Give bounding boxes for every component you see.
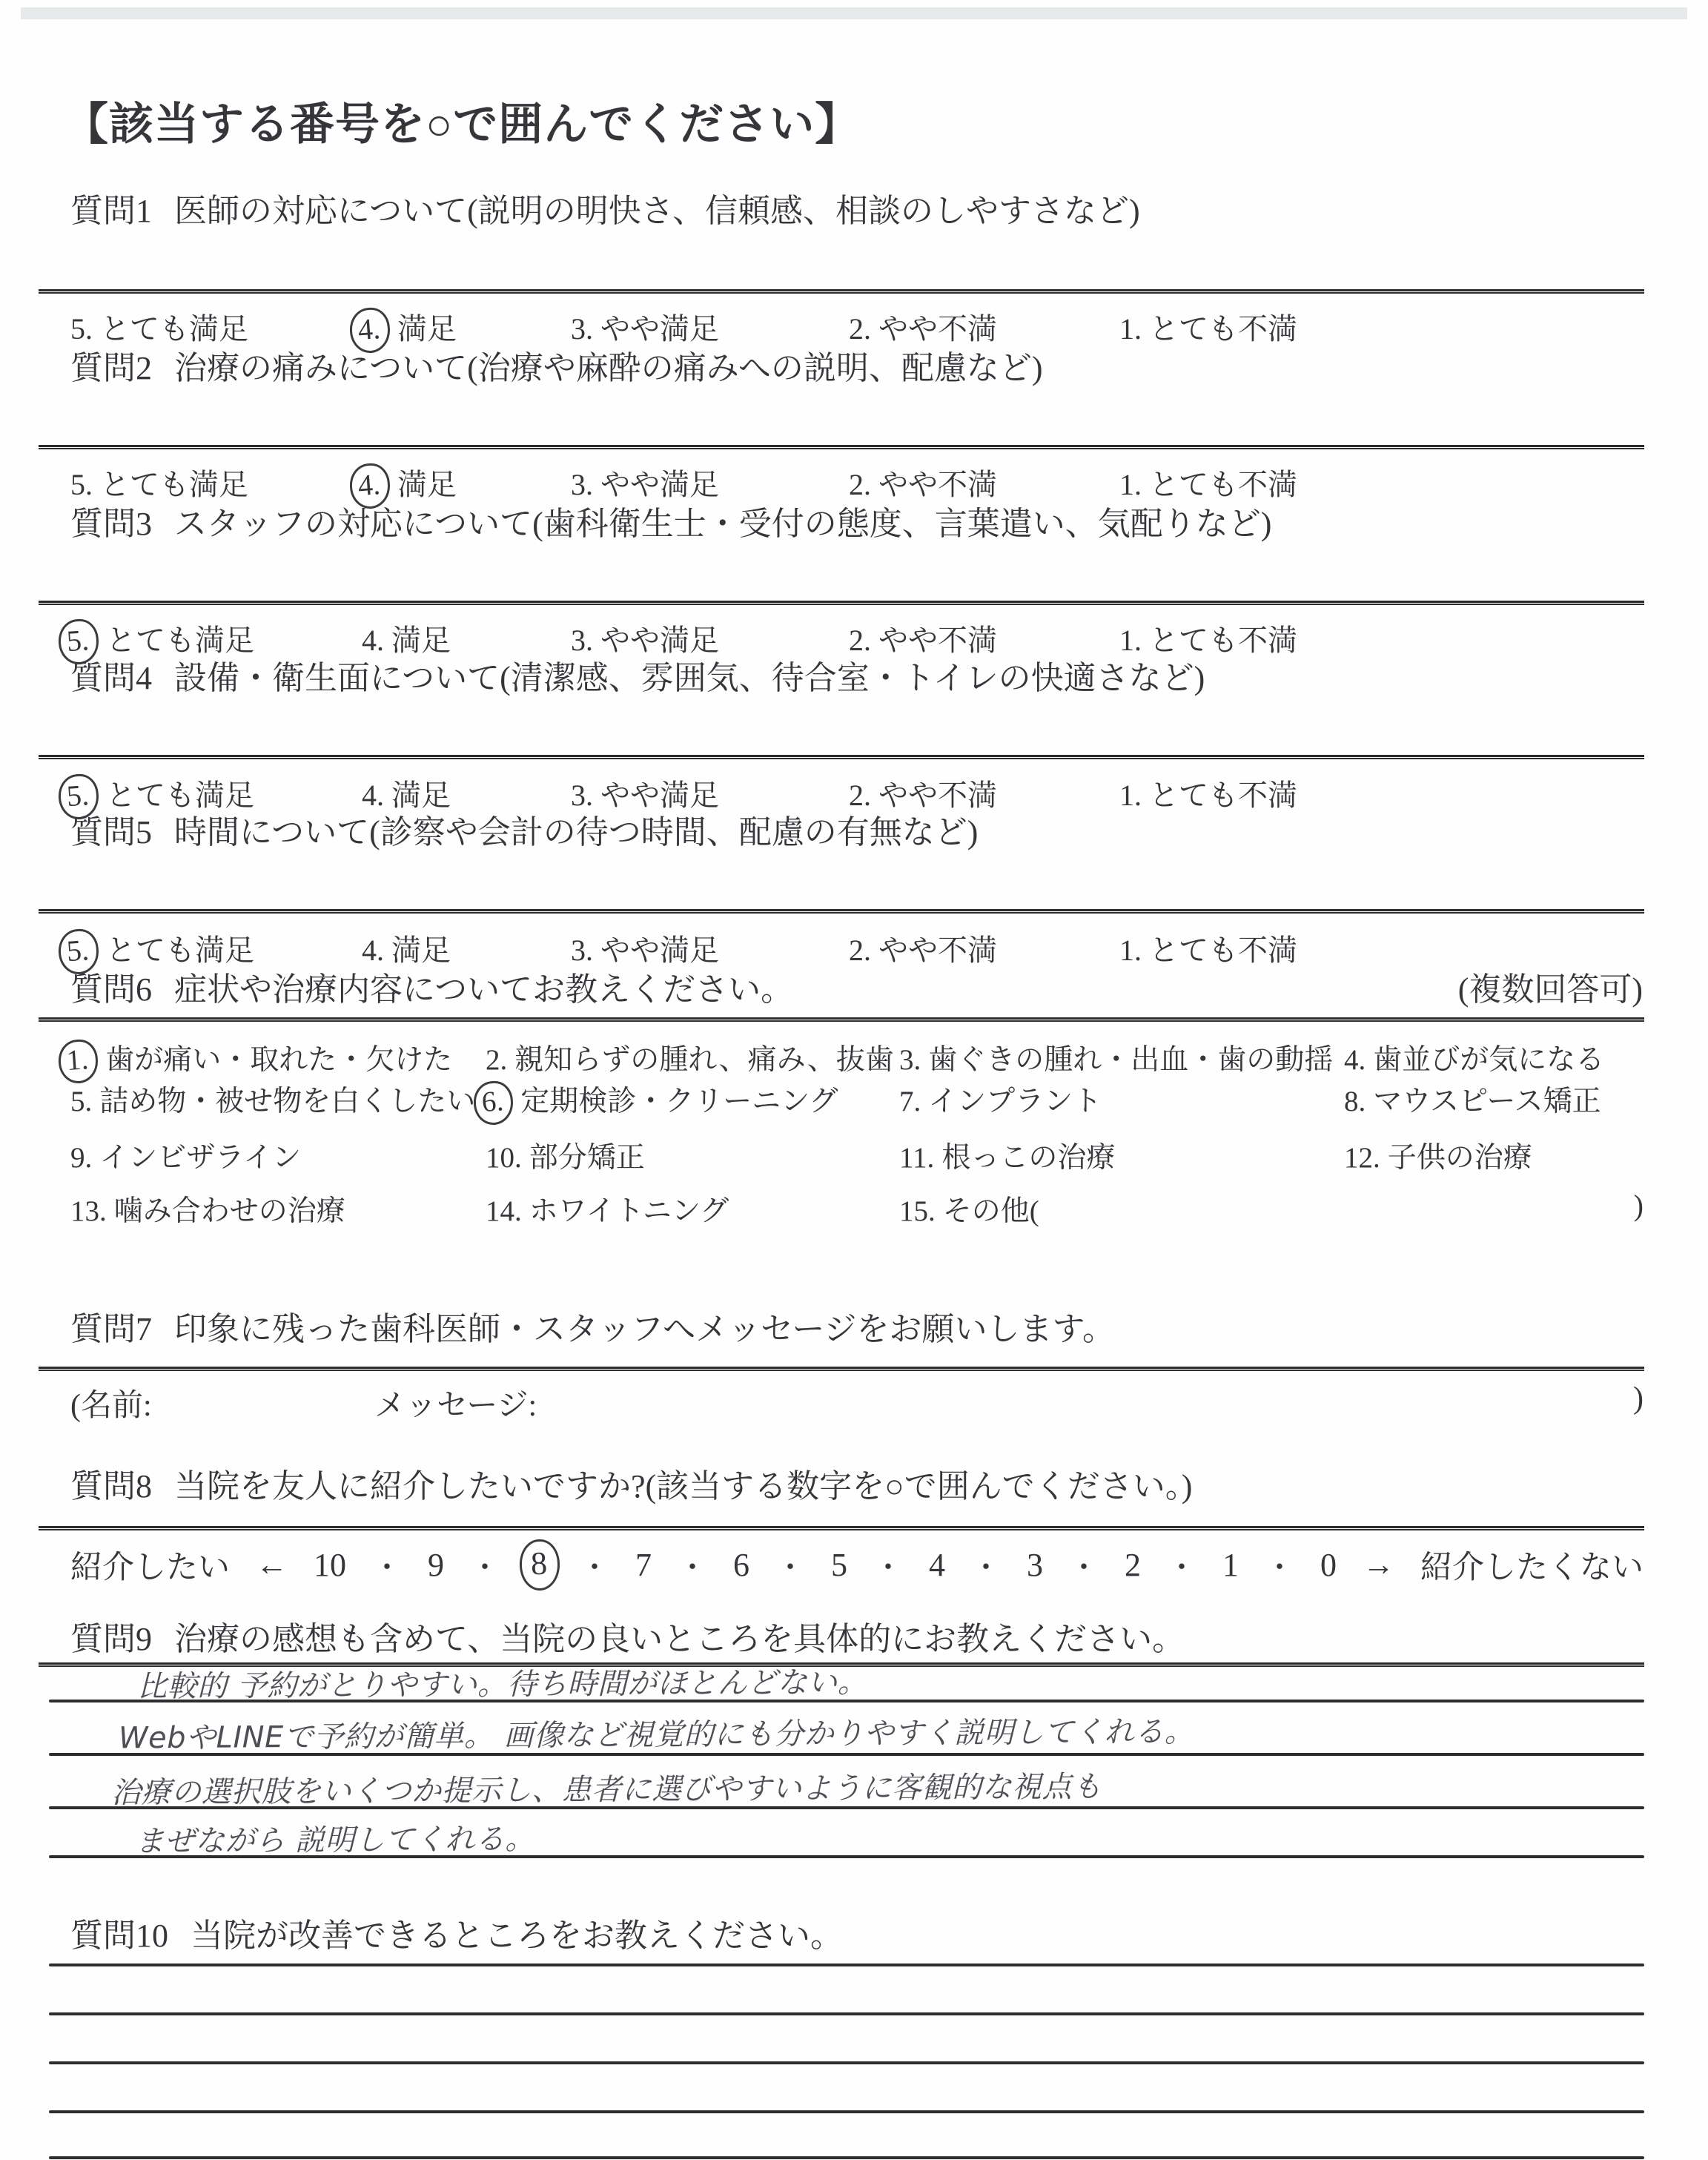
option-number: 14.	[486, 1195, 522, 1227]
answer-line	[49, 2012, 1644, 2015]
question-number: 質問9	[70, 1621, 152, 1657]
name-field-label: (名前:	[70, 1381, 152, 1425]
scale-dot: ・	[971, 1544, 1001, 1586]
question-number: 質問10	[70, 1918, 168, 1954]
symptom-option: 10.部分矯正	[486, 1135, 645, 1176]
option-number: 6.	[472, 1080, 514, 1126]
option-label: その他(	[943, 1195, 1039, 1227]
answer-line	[49, 1753, 1644, 1756]
symptom-option: 8.マウスピース矯正	[1344, 1078, 1601, 1120]
scale-number: 7	[635, 1546, 652, 1584]
scan-artifact-bar	[21, 7, 1687, 19]
option-label: 子供の治療	[1388, 1142, 1532, 1174]
symptom-option: 4.歯並びが気になる	[1344, 1037, 1604, 1078]
option-label: 定期検診・クリーニング	[520, 1086, 838, 1117]
scale-dot: ・	[1167, 1544, 1196, 1586]
rating-option: 1.とても不満	[1119, 305, 1297, 348]
question-title: 印象に残った歯科医師・スタッフへメッセージをお願いします。	[174, 1311, 1115, 1347]
symptom-option: 2.親知らずの腫れ、痛み、抜歯	[486, 1037, 894, 1078]
answer-line	[49, 1964, 1644, 1966]
symptom-option: 13.噛み合わせの治療	[70, 1188, 345, 1229]
message-field-label: メッセージ:	[374, 1381, 537, 1425]
symptom-option: 9.インビザライン	[70, 1135, 301, 1176]
question-number: 質問7	[70, 1311, 152, 1347]
option-label: ホワイトニング	[529, 1195, 729, 1227]
question-title: 設備・衛生面について(清潔感、雰囲気、待合室・トイレの快適さなど)	[174, 660, 1205, 696]
symptom-option: 14.ホワイトニング	[486, 1188, 729, 1229]
option-label: 歯並びが気になる	[1373, 1044, 1604, 1076]
option-label: 根っこの治療	[941, 1142, 1115, 1174]
scale-dot: ・	[775, 1544, 805, 1586]
scale-left-label: 紹介したい	[70, 1542, 230, 1588]
scale-dot: ・	[470, 1544, 500, 1586]
question-9-heading: 質問9治療の感想も含めて、当院の良いところを具体的にお教えください。	[70, 1612, 1185, 1659]
question-3-heading: 質問3スタッフの対応について(歯科衛生士・受付の態度、言葉遣い、気配りなど)	[70, 497, 1271, 544]
option-label: マウスピース矯正	[1373, 1086, 1601, 1117]
option-number: 12.	[1344, 1142, 1380, 1174]
scale-number: 2	[1125, 1546, 1141, 1584]
symptom-option: 5.詰め物・被せ物を白くしたい	[70, 1078, 475, 1120]
scale-number: 9	[428, 1546, 444, 1584]
option-label: とても不満	[1149, 779, 1297, 812]
question-8-heading: 質問8当院を友人に紹介したいですか?(該当する数字を○で囲んでください。)	[70, 1459, 1192, 1507]
question-title: 当院が改善できるところをお教えください。	[191, 1918, 843, 1954]
question-6-options-grid: 1.歯が痛い・取れた・欠けた 2.親知らずの腫れ、痛み、抜歯 3.歯ぐきの腫れ・…	[70, 1037, 1644, 1237]
option-number: 3.	[899, 1044, 921, 1076]
divider-line	[39, 445, 1644, 449]
scale-right-label: 紹介したくない	[1420, 1542, 1644, 1588]
option-number: 5.	[70, 1086, 92, 1117]
question-7-heading: 質問7印象に残った歯科医師・スタッフへメッセージをお願いします。	[70, 1302, 1115, 1350]
option-number: 11.	[899, 1142, 934, 1174]
divider-line	[39, 289, 1644, 294]
question-5-heading: 質問5時間について(診察や会計の待つ時間、配慮の有無など)	[70, 805, 978, 853]
option-label: 部分矯正	[529, 1142, 645, 1174]
scale-number: 1	[1222, 1546, 1239, 1584]
option-number: 9.	[70, 1142, 92, 1174]
option-label: インプラント	[928, 1086, 1102, 1117]
scale-dot: ・	[1265, 1544, 1294, 1586]
option-number: 4.	[1344, 1044, 1366, 1076]
option-number: 10.	[486, 1142, 522, 1174]
question-number: 質問8	[70, 1468, 152, 1505]
close-paren: )	[1633, 1381, 1644, 1416]
option-label: 噛み合わせの治療	[114, 1195, 345, 1227]
question-number: 質問6	[70, 971, 152, 1008]
divider-line	[39, 1367, 1644, 1371]
handwritten-answer: WebやLINEで予約が簡単。 画像など視覚的にも分かりやすく説明してくれる。	[119, 1708, 1194, 1757]
question-number: 質問4	[70, 660, 152, 696]
option-number: 15.	[899, 1195, 936, 1227]
scale-dot: ・	[873, 1544, 903, 1586]
nps-scale-row: 紹介したい ← 10 ・ 9 ・ 8 ・ 7 ・ 6 ・ 5 ・ 4 ・ 3 ・…	[70, 1542, 1644, 1588]
question-number: 質問3	[70, 506, 152, 542]
option-label: 歯ぐきの腫れ・出血・歯の動揺	[928, 1044, 1333, 1076]
option-number: 13.	[70, 1195, 107, 1227]
handwritten-answer: 治療の選択肢をいくつか提示し、患者に選びやすいように客観的な視点も	[111, 1763, 1102, 1811]
arrow-right-icon: →	[1363, 1547, 1394, 1583]
multi-answer-note: (複数回答可)	[1458, 962, 1643, 1010]
answer-line	[49, 1806, 1644, 1809]
question-title: 治療の痛みについて(治療や麻酔の痛みへの説明、配慮など)	[174, 350, 1043, 386]
answer-line	[49, 2061, 1644, 2064]
page-title: 【該当する番号を○で囲んでください】	[64, 89, 860, 153]
symptom-option: 1.歯が痛い・取れた・欠けた	[70, 1037, 452, 1078]
question-title: 症状や治療内容についてお教えください。	[174, 971, 793, 1008]
question-title: 治療の感想も含めて、当院の良いところを具体的にお教えください。	[174, 1621, 1185, 1657]
answer-line	[49, 1855, 1644, 1858]
scale-dot: ・	[372, 1544, 402, 1586]
question-7-answer-row: (名前: メッセージ: )	[70, 1381, 1644, 1425]
divider-line	[39, 909, 1644, 914]
arrow-left-icon: ←	[256, 1547, 288, 1583]
other-close-paren: )	[1634, 1188, 1644, 1223]
question-10-heading: 質問10当院が改善できるところをお教えください。	[70, 1909, 843, 1956]
question-number: 質問2	[70, 350, 152, 386]
question-6-heading: 質問6症状や治療内容についてお教えください。 (複数回答可)	[70, 962, 1643, 1010]
question-title: 当院を友人に紹介したいですか?(該当する数字を○で囲んでください。)	[174, 1468, 1192, 1505]
divider-line	[39, 1017, 1644, 1022]
scale-number: 8	[519, 1539, 560, 1591]
option-number: 1.	[1119, 312, 1142, 346]
option-number: 1.	[1119, 779, 1142, 812]
scale-dot: ・	[678, 1544, 707, 1586]
divider-line	[39, 755, 1644, 759]
option-number: 2.	[486, 1044, 507, 1076]
scale-number: 4	[929, 1546, 945, 1584]
question-title-group: 質問6症状や治療内容についてお教えください。	[70, 962, 793, 1010]
option-label: 詰め物・被せ物を白くしたい	[99, 1086, 475, 1117]
symptom-option: 11.根っこの治療	[899, 1135, 1115, 1176]
answer-line	[49, 2156, 1644, 2159]
handwritten-answer: まぜながら 説明してくれる。	[135, 1815, 535, 1860]
scale-number: 5	[831, 1546, 847, 1584]
question-2-heading: 質問2治療の痛みについて(治療や麻酔の痛みへの説明、配慮など)	[70, 341, 1043, 389]
answer-line	[49, 1700, 1644, 1702]
option-label: インビザライン	[99, 1142, 301, 1174]
option-number: 7.	[899, 1086, 921, 1117]
scale-number: 6	[733, 1546, 749, 1584]
option-label: 親知らずの腫れ、痛み、抜歯	[514, 1044, 894, 1076]
question-4-heading: 質問4設備・衛生面について(清潔感、雰囲気、待合室・トイレの快適さなど)	[70, 651, 1205, 698]
symptom-option: 3.歯ぐきの腫れ・出血・歯の動揺	[899, 1037, 1333, 1078]
question-number: 質問1	[70, 193, 152, 229]
option-number: 8.	[1344, 1086, 1366, 1117]
question-number: 質問5	[70, 814, 152, 851]
divider-line	[39, 601, 1644, 605]
question-title: スタッフの対応について(歯科衛生士・受付の態度、言葉遣い、気配りなど)	[174, 506, 1271, 542]
scale-dot: ・	[1069, 1544, 1099, 1586]
scale-number: 3	[1027, 1546, 1043, 1584]
question-title: 時間について(診察や会計の待つ時間、配慮の有無など)	[174, 814, 978, 851]
option-label: とても不満	[1149, 312, 1297, 346]
scale-dot: ・	[580, 1544, 609, 1586]
symptom-option: 15.その他(	[899, 1188, 1039, 1229]
rating-option: 1.とても不満	[1119, 772, 1297, 814]
symptom-option: 12.子供の治療	[1344, 1135, 1532, 1176]
question-title: 医師の対応について(説明の明快さ、信頼感、相談のしやすさなど)	[174, 193, 1140, 229]
symptom-option: 7.インプラント	[899, 1078, 1102, 1120]
scale-number: 10	[314, 1546, 346, 1584]
question-1-heading: 質問1医師の対応について(説明の明快さ、信頼感、相談のしやすさなど)	[70, 184, 1140, 231]
handwritten-answer: 比較的 予約がとりやすい。待ち時間がほとんどない。	[137, 1659, 868, 1705]
scale-number: 0	[1320, 1546, 1337, 1584]
symptom-option: 6.定期検診・クリーニング	[486, 1078, 838, 1120]
answer-line	[49, 2110, 1644, 2113]
divider-line	[39, 1526, 1644, 1530]
option-label: 歯が痛い・取れた・欠けた	[105, 1044, 452, 1076]
